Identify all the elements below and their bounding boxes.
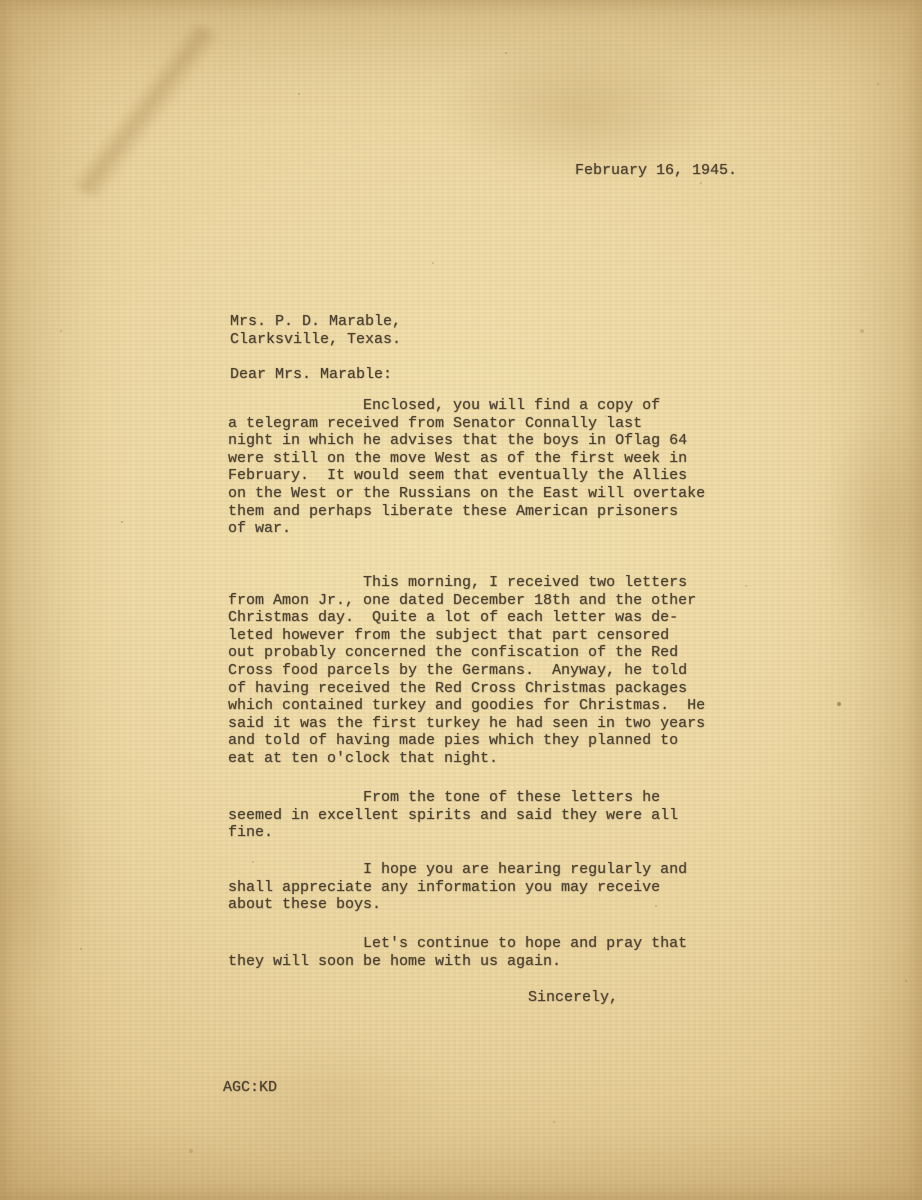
letter-date: February 16, 1945.	[575, 162, 737, 180]
recipient-address: Mrs. P. D. Marable, Clarksville, Texas.	[230, 313, 401, 348]
letter-paragraph-2: This morning, I received two letters fro…	[228, 574, 768, 768]
letter-paragraph-3: From the tone of these letters he seemed…	[228, 789, 768, 842]
paper-speckles	[0, 0, 2, 2]
letter-paper: February 16, 1945. Mrs. P. D. Marable, C…	[0, 0, 922, 1200]
paper-stain	[0, 730, 130, 1030]
letter-paragraph-1: Enclosed, you will find a copy of a tele…	[228, 397, 768, 538]
closing-signature: Sincerely,	[528, 989, 618, 1007]
salutation: Dear Mrs. Marable:	[230, 366, 392, 384]
letter-paragraph-5: Let's continue to hope and pray that the…	[228, 935, 768, 970]
reference-initials: AGC:KD	[223, 1079, 277, 1097]
paper-stain	[160, 1010, 500, 1190]
paper-stain	[780, 360, 922, 680]
letter-paragraph-4: I hope you are hearing regularly and sha…	[228, 861, 768, 914]
paper-crease	[31, 1, 258, 220]
paper-stain	[380, 10, 780, 210]
